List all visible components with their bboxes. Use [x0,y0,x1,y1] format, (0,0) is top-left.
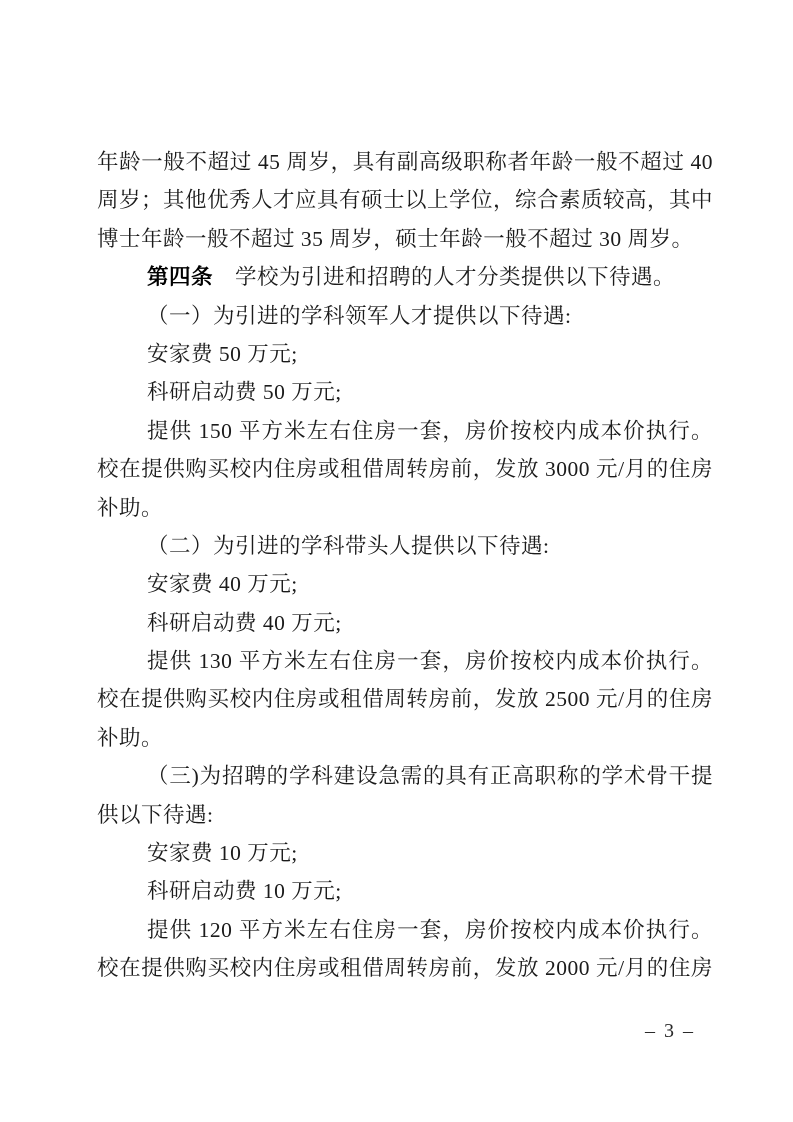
text-line: 提供 120 平方米左右住房一套，房价按校内成本价执行。学 [97,911,713,949]
text-line: 校在提供购买校内住房或租借周转房前，发放 3000 元/月的住房 [97,450,713,488]
text-line: 安家费 40 万元; [97,565,713,603]
text-line: （二）为引进的学科带头人提供以下待遇: [97,527,713,565]
text-line: 科研启动费 40 万元; [97,604,713,642]
text-line: 供以下待遇: [97,796,713,834]
text-line: 安家费 10 万元; [97,834,713,872]
text-line: 安家费 50 万元; [97,335,713,373]
page-number: – 3 – [645,1016,695,1046]
document-body: 年龄一般不超过 45 周岁，具有副高级职称者年龄一般不超过 40周岁；其他优秀人… [97,143,713,988]
text-line: 第四条 学校为引进和招聘的人才分类提供以下待遇。 [97,258,713,296]
text-line: 校在提供购买校内住房或租借周转房前，发放 2000 元/月的住房 [97,949,713,987]
text-line: 补助。 [97,719,713,757]
article-text: 学校为引进和招聘的人才分类提供以下待遇。 [213,265,675,289]
article-number-label: 第四条 [147,265,213,289]
text-line: 科研启动费 10 万元; [97,872,713,910]
text-line: 周岁；其他优秀人才应具有硕士以上学位，综合素质较高，其中 [97,181,713,219]
text-line: 补助。 [97,489,713,527]
document-page: 年龄一般不超过 45 周岁，具有副高级职称者年龄一般不超过 40周岁；其他优秀人… [0,0,793,1122]
text-line: 年龄一般不超过 45 周岁，具有副高级职称者年龄一般不超过 40 [97,143,713,181]
text-line: （三)为招聘的学科建设急需的具有正高职称的学术骨干提 [97,757,713,795]
text-line: 博士年龄一般不超过 35 周岁，硕士年龄一般不超过 30 周岁。 [97,220,713,258]
text-line: 校在提供购买校内住房或租借周转房前，发放 2500 元/月的住房 [97,680,713,718]
text-line: 提供 150 平方米左右住房一套，房价按校内成本价执行。学 [97,412,713,450]
text-line: 提供 130 平方米左右住房一套，房价按校内成本价执行。学 [97,642,713,680]
text-line: 科研启动费 50 万元; [97,373,713,411]
text-line: （一）为引进的学科领军人才提供以下待遇: [97,297,713,335]
